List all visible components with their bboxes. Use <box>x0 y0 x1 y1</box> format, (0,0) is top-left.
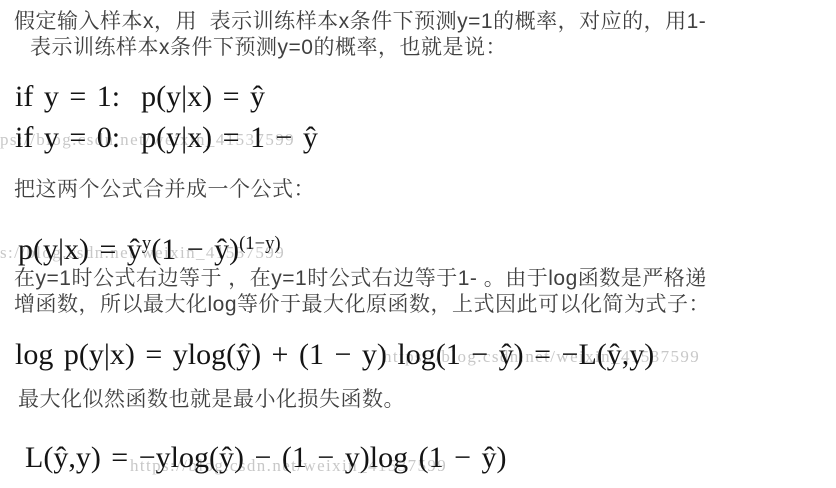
formula-merged-probability: p(y|x) = ŷy(1 − ŷ)(1−y) <box>18 226 281 268</box>
merge-paragraph: 把这两个公式合并成一个公式： <box>14 177 315 203</box>
article-page: 假定输入样本x，用 表示训练样本x条件下预测y=1的概率，对应的，用1- 表示训… <box>0 0 836 488</box>
intro-paragraph-line1: 假定输入样本x，用 表示训练样本x条件下预测y=1的概率，对应的，用1- <box>14 9 706 35</box>
intro-paragraph-line2: 表示训练样本x条件下预测y=0的概率，也就是说： <box>30 35 507 61</box>
formula-merged-exponent-y: y <box>142 233 151 254</box>
formula-merged-middle: (1 − ŷ) <box>151 233 239 266</box>
conclusion-paragraph: 最大化似然函数也就是最小化损失函数。 <box>18 387 405 413</box>
formula-merged-exponent-1-minus-y: (1−y) <box>239 233 280 254</box>
formula-if-y-equals-1: if y = 1: p(y|x) = ŷ <box>15 79 265 115</box>
formula-loss-function: L(ŷ,y) = −ylog(ŷ) − (1 − y)log (1 − ŷ) <box>25 440 507 476</box>
formula-log-likelihood: log p(y|x) = ylog(ŷ) + (1 − y) log(1 − ŷ… <box>15 337 654 373</box>
formula-if-y-equals-0: if y = 0: p(y|x) = 1 − ŷ <box>15 120 318 156</box>
log-explanation-line2: 增函数，所以最大化log等价于最大化原函数，上式因此可以化简为式子： <box>14 292 710 318</box>
log-explanation-line1: 在y=1时公式右边等于 ，在y=1时公式右边等于1- 。由于log函数是严格递 <box>14 266 707 292</box>
formula-merged-base: p(y|x) = ŷ <box>18 233 142 266</box>
